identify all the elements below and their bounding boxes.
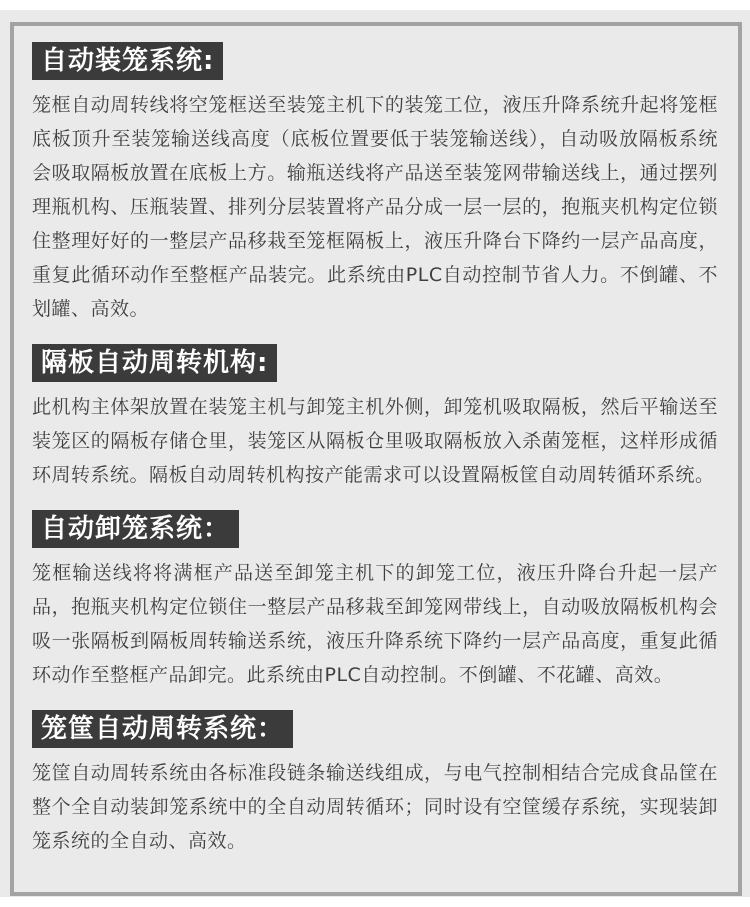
section-partition-turnover: 隔板自动周转机构: 此机构主体架放置在装笼主机与卸笼主机外侧，卸笼机吸取隔板，然… [32, 330, 718, 492]
section-basket-turnover: 笼筐自动周转系统： 笼筐自动周转系统由各标准段链条输送线组成，与电气控制相结合完… [32, 696, 718, 858]
section-paragraph: 笼框输送线将将满框产品送至卸笼主机下的卸笼工位，液压升降台升起一层产品，抱瓶夹机… [32, 556, 718, 692]
section-heading-badge: 隔板自动周转机构: [32, 344, 277, 382]
section-paragraph: 笼框自动周转线将空笼框送至装笼主机下的装笼工位，液压升降系统升起将笼框底板顶升至… [32, 88, 718, 326]
section-paragraph: 此机构主体架放置在装笼主机与卸笼主机外侧，卸笼机吸取隔板，然后平输送至装笼区的隔… [32, 390, 718, 492]
section-paragraph: 笼筐自动周转系统由各标准段链条输送线组成，与电气控制相结合完成食品筐在整个全自动… [32, 756, 718, 858]
content-panel: 自动装笼系统: 笼框自动周转线将空笼框送至装笼主机下的装笼工位，液压升降系统升起… [10, 22, 742, 896]
section-auto-loading: 自动装笼系统: 笼框自动周转线将空笼框送至装笼主机下的装笼工位，液压升降系统升起… [32, 26, 718, 326]
section-heading-badge: 笼筐自动周转系统： [32, 710, 293, 748]
section-auto-unloading: 自动卸笼系统： 笼框输送线将将满框产品送至卸笼主机下的卸笼工位，液压升降台升起一… [32, 496, 718, 692]
gray-band: 自动装笼系统: 笼框自动周转线将空笼框送至装笼主机下的装笼工位，液压升降系统升起… [0, 10, 750, 897]
section-heading-badge: 自动卸笼系统： [32, 510, 239, 548]
section-heading-badge: 自动装笼系统: [32, 42, 223, 80]
